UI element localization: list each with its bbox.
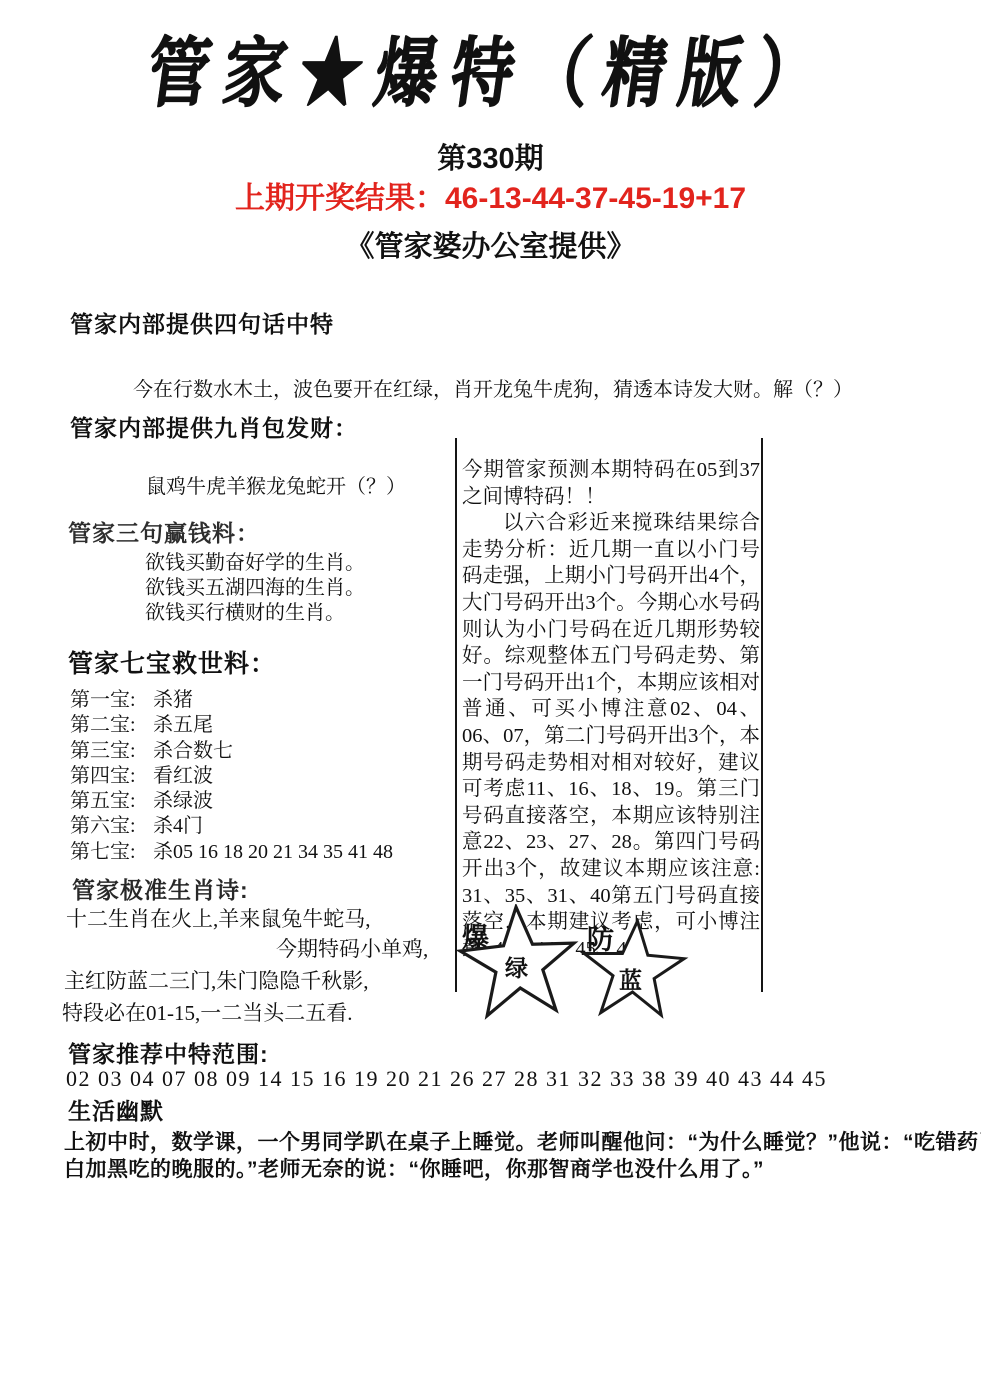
analysis-paragraph-1: 今期管家预测本期特码在05到37之间博特码！！ [462, 457, 760, 510]
treasure-row: 第四宝: 看红波 [70, 764, 393, 789]
three-sentence-lines: 欲钱买勤奋好学的生肖。 欲钱买五湖四海的生肖。 欲钱买行横财的生肖。 [145, 551, 365, 626]
treasure-row: 第一宝: 杀猪 [70, 688, 393, 713]
treasure-label: 第四宝: [70, 764, 148, 789]
treasure-label: 第三宝: [70, 739, 148, 764]
section-heading-three-sentence: 管家三句赢钱料： [68, 515, 260, 548]
treasure-label: 第七宝: [70, 840, 148, 865]
analysis-paragraph-2: 以六合彩近来搅珠结果综合走势分析：近几期一直以小门号码走强，上期小门号码开出4个… [462, 510, 760, 962]
section-heading-seven-treasure: 管家七宝救世料： [68, 644, 276, 680]
treasure-label: 第二宝: [70, 713, 148, 738]
treasure-value: 杀绿波 [153, 790, 213, 812]
last-draw-result: 上期开奖结果：46-13-44-37-45-19+17 [0, 173, 981, 217]
treasure-row: 第六宝: 杀4门 [70, 814, 393, 839]
section-heading-four-sentence: 管家内部提供四句话中特 [70, 306, 334, 339]
joke-line-1: 上初中时，数学课，一个男同学趴在桌子上睡觉。老师叫醒他问：“为什么睡觉？”他说：… [64, 1126, 981, 1156]
provider-line: 《管家婆办公室提供》 [0, 224, 981, 265]
treasure-label: 第一宝: [70, 688, 148, 713]
treasure-row: 第五宝: 杀绿波 [70, 789, 393, 814]
treasure-value: 杀05 16 18 20 21 34 35 41 48 [153, 841, 393, 863]
humor-heading: 生活幽默 [68, 1093, 164, 1126]
poem-line-3: 主红防蓝二三门,朱门隐隐千秋影, [64, 965, 369, 995]
treasure-label: 第五宝: [70, 789, 148, 814]
star-blue-char: 蓝 [619, 962, 642, 995]
treasure-row: 第二宝: 杀五尾 [70, 713, 393, 738]
treasure-value: 杀4门 [153, 815, 203, 837]
issue-number: 第330期 [0, 136, 981, 177]
treasure-value: 杀五尾 [153, 714, 213, 736]
treasure-label: 第六宝: [70, 814, 148, 839]
flyer-page: 管家★爆特（精版） 第330期 上期开奖结果：46-13-44-37-45-19… [0, 0, 981, 1388]
joke-line-2: 白加黑吃的晚服的。”老师无奈的说：“你睡吧，你那智商学也没什么用了。” [64, 1153, 764, 1183]
section-heading-nine-zodiac: 管家内部提供九肖包发财： [70, 410, 358, 443]
treasure-value: 看红波 [153, 765, 213, 787]
column-rule-right [761, 438, 763, 992]
three-sentence-line: 欲钱买行横财的生肖。 [145, 601, 365, 626]
analysis-column: 今期管家预测本期特码在05到37之间博特码！！ 以六合彩近来搅珠结果综合走势分析… [462, 457, 760, 962]
range-heading: 管家推荐中特范围: [68, 1036, 269, 1069]
treasure-value: 杀合数七 [153, 740, 233, 762]
three-sentence-line: 欲钱买勤奋好学的生肖。 [145, 551, 365, 576]
poem-line-1: 十二生肖在火上,羊来鼠兔牛蛇马, [66, 903, 371, 933]
treasure-row: 第七宝: 杀05 16 18 20 21 34 35 41 48 [70, 840, 393, 865]
star-green-char: 绿 [505, 950, 528, 983]
range-numbers: 02 03 04 07 08 09 14 15 16 19 20 21 26 2… [66, 1066, 827, 1092]
treasure-row: 第三宝: 杀合数七 [70, 739, 393, 764]
nine-zodiac-body: 鼠鸡牛虎羊猴龙兔蛇开（？） [146, 470, 406, 499]
four-sentence-body: 今在行数水木土，波色要开在红绿，肖开龙兔牛虎狗，猜透本诗发大财。解（？） [133, 373, 853, 402]
poem-line-4: 特段必在01-15,一二当头二五看. [62, 997, 353, 1027]
three-sentence-line: 欲钱买五湖四海的生肖。 [145, 576, 365, 601]
seven-treasure-list: 第一宝: 杀猪 第二宝: 杀五尾 第三宝: 杀合数七 第四宝: 看红波 第五宝:… [70, 688, 393, 865]
section-heading-zodiac-poem: 管家极准生肖诗: [72, 872, 249, 905]
poem-line-2: 今期特码小单鸡, [276, 933, 428, 963]
masthead-title: 管家★爆特（精版） [0, 12, 981, 121]
treasure-value: 杀猪 [153, 689, 193, 711]
